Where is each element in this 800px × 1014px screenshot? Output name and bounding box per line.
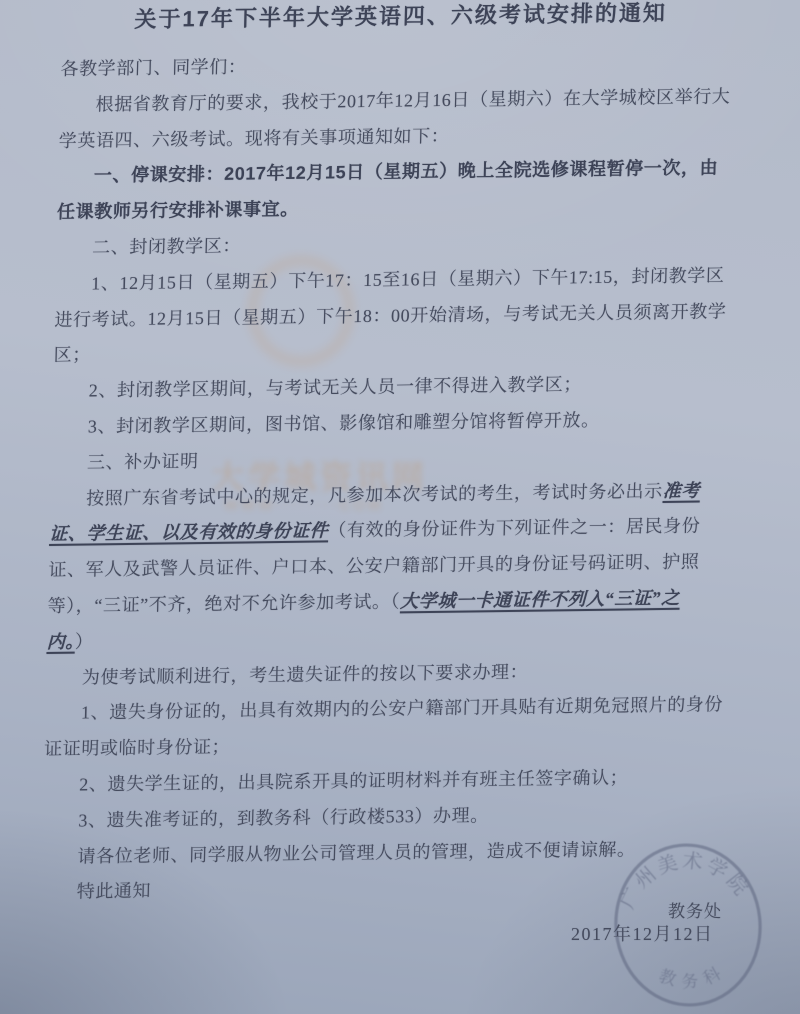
notice-body: 关于17年下半年大学英语四、六级考试安排的通知 各教学部门、同学们： 根据省教育… <box>40 0 740 911</box>
signature-department: 教务处 <box>668 897 722 922</box>
signature-date: 2017年12月12日 <box>571 920 714 946</box>
seal-department-text: 教务科 <box>655 959 732 994</box>
certificates-post: ） <box>75 631 94 651</box>
notice-title: 关于17年下半年大学英语四、六级考试安排的通知 <box>61 0 740 36</box>
closed-area-item-1: 1、12月15日（星期五）下午17：15至16日（星期六）下午17:15，封闭教… <box>53 258 734 374</box>
class-suspension-paragraph: 一、停课安排：2017年12月15日（星期五）晚上全院选修课程暂停一次，由任课教… <box>57 151 737 231</box>
lost-item-1: 1、遗失身份证的，出具有效期内的公安户籍部门开具贴有近期免冠照片的身份证证明或临… <box>44 688 724 768</box>
svg-text:教务科: 教务科 <box>655 959 732 994</box>
intro-paragraph: 根据省教育厅的要求，我校于2017年12月16日（星期六）在大学城校区举行大学英… <box>58 79 738 159</box>
certificates-paragraph: 按照广东省考试中心的规定，凡参加本次考试的考生，考试时务必出示准考证、学生证、以… <box>46 473 728 661</box>
certificates-pre: 按照广东省考试中心的规定，凡参加本次考试的考生，考试时务必出示 <box>86 481 663 508</box>
document-photo: 大学城资讯网 WWW········COM 关于17年下半年大学英语四、六级考试… <box>0 0 800 1014</box>
